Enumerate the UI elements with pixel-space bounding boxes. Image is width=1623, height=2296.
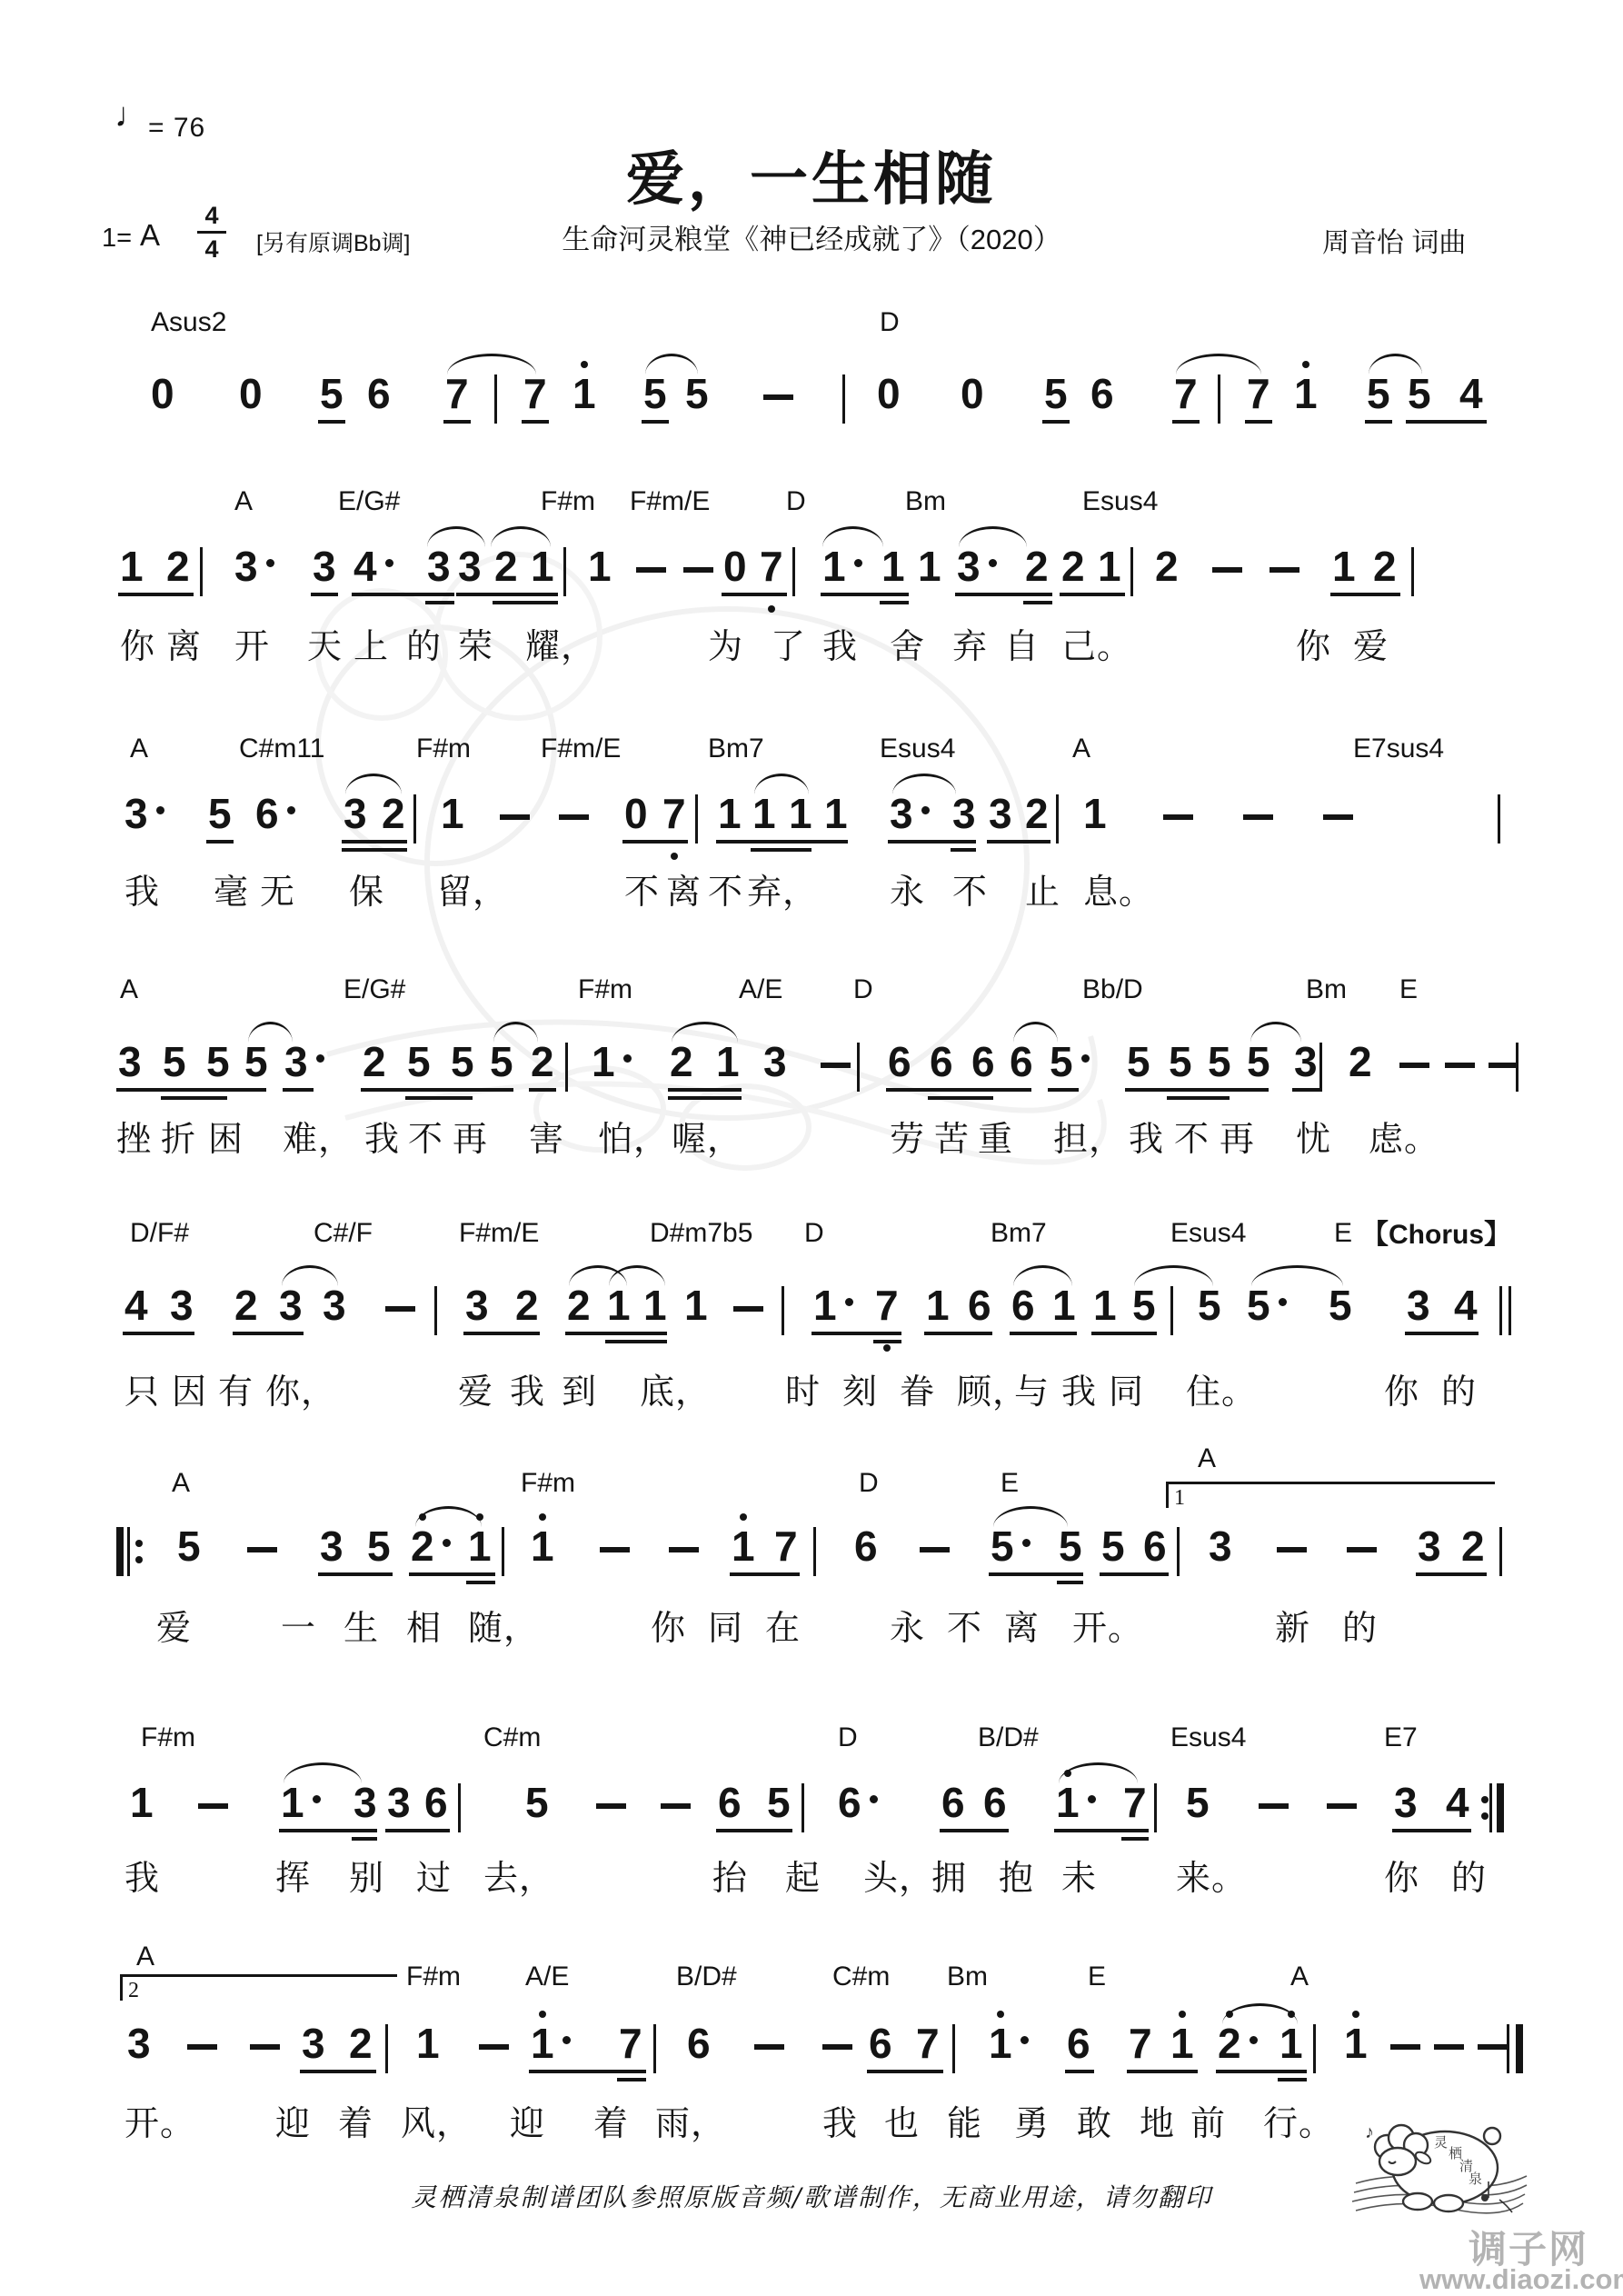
duration-dash [1323, 814, 1353, 820]
repeat-dot [1481, 1796, 1489, 1803]
note-digit: 7 [875, 1284, 899, 1326]
note-digit: 6 [687, 2022, 711, 2064]
note-digit: 6 [854, 1525, 878, 1567]
beam-line [1048, 1088, 1079, 1092]
chord-label: A [136, 1942, 154, 1972]
tie-arc [415, 1506, 482, 1527]
lyric-syllable: 虑。 [1369, 1111, 1439, 1161]
beam-line [751, 848, 811, 852]
note-digit: 7 [1247, 373, 1270, 414]
note-digit: 3 [387, 1782, 411, 1823]
note-digit: 5 [208, 793, 232, 834]
note-digit: 6 [1067, 2022, 1090, 2064]
octave-dot-above [997, 2011, 1004, 2018]
octave-dot-above [1179, 2011, 1186, 2018]
beam-line [1125, 1088, 1269, 1092]
augmentation-dot [623, 1054, 632, 1063]
beam-line [456, 593, 558, 596]
duration-dash [600, 1547, 630, 1552]
beam-line [989, 1572, 1083, 1576]
beam-line [928, 1096, 993, 1100]
note-digit: 2 [1218, 2022, 1258, 2064]
chord-label: Esus4 [1170, 1218, 1246, 1249]
beam-line [1278, 2078, 1307, 2081]
beam-line [425, 601, 454, 604]
chord-label: B/D# [676, 1962, 737, 1992]
tie-arc [1222, 2003, 1298, 2024]
lyric-syllable: 保 [349, 863, 384, 913]
note-digit: 2 [234, 1284, 258, 1326]
chord-label: F#m [406, 1962, 461, 1992]
note-digit: 2 [1025, 793, 1049, 834]
volta-bracket [1166, 1482, 1495, 1508]
lyric-syllable: 因 [172, 1363, 207, 1413]
barline [1499, 1286, 1502, 1335]
lyric-syllable: 重 [978, 1111, 1013, 1161]
lyric-syllable: 去， [483, 1850, 554, 1900]
lyric-syllable: 难， [283, 1111, 353, 1161]
beam-line [951, 848, 976, 852]
chord-label: Bm [1306, 974, 1347, 1005]
repeat-dot [1481, 1812, 1489, 1820]
note-digit: 3 [763, 1041, 787, 1083]
barline [1507, 2024, 1509, 2073]
note-digit: 7 [760, 545, 783, 587]
note-digit: 5 [525, 1782, 549, 1823]
note-digit: 0 [624, 793, 648, 834]
lyric-syllable: 自 [1004, 618, 1040, 668]
duration-dash [1399, 1063, 1429, 1068]
barline [857, 1043, 860, 1092]
augmentation-dot [989, 559, 997, 567]
lyric-syllable: 折 [161, 1111, 196, 1161]
beam-line [1167, 1096, 1230, 1100]
augmentation-dot [921, 806, 930, 814]
chord-label: Bm7 [708, 734, 764, 764]
note-digit: 1 [789, 793, 812, 834]
lyric-syllable: 一 [281, 1600, 316, 1650]
duration-dash [1212, 567, 1242, 573]
note-digit: 5 [1367, 373, 1390, 414]
lyric-syllable: 再 [1220, 1111, 1255, 1161]
barline [413, 794, 416, 844]
lyric-syllable: 着 [593, 2095, 629, 2145]
barline [563, 547, 566, 596]
note-digit: 6 [930, 1041, 953, 1083]
chord-label: F#m/E [630, 486, 710, 517]
note-digit: 4 [1454, 1284, 1478, 1326]
lyric-syllable: 爱 [458, 1363, 493, 1413]
note-digit: 3 [320, 1525, 344, 1567]
note-digit: 0 [239, 373, 263, 414]
barline [127, 1527, 130, 1576]
note-digit: 5 [320, 373, 344, 414]
chord-label: D [853, 974, 873, 1005]
beam-line [940, 1829, 1009, 1832]
lyric-syllable: 迎 [510, 2095, 545, 2145]
note-digit: 7 [774, 1525, 798, 1567]
duration-dash [1270, 567, 1299, 573]
barline [385, 2024, 388, 2073]
svg-text:♪: ♪ [1365, 2122, 1374, 2142]
lyric-syllable: 荣 [458, 618, 493, 668]
site-url: www.diaozi.com [1419, 2263, 1623, 2296]
barline [1154, 1783, 1157, 1832]
beam-line [1023, 601, 1052, 604]
tie-arc [645, 354, 698, 374]
beam-line [622, 840, 688, 844]
note-digit: 2 [670, 1041, 693, 1083]
note-digit: 2 [494, 545, 518, 587]
tie-arc [1250, 1022, 1301, 1043]
lyric-syllable: 到 [562, 1363, 597, 1413]
lyric-syllable: 担， [1053, 1111, 1124, 1161]
beam-line [405, 1096, 473, 1100]
note-digit: 5 [1247, 1284, 1287, 1326]
lyric-syllable: 不 [947, 1600, 982, 1650]
augmentation-dot [870, 1795, 878, 1803]
lyric-syllable: 住。 [1186, 1363, 1257, 1413]
lyric-syllable: 为 [708, 618, 743, 668]
lyric-syllable: 上 [353, 618, 389, 668]
tie-arc [1369, 354, 1422, 374]
beam-line [342, 840, 407, 844]
note-digit: 2 [166, 545, 190, 587]
note-digit: 1 [643, 1284, 667, 1326]
beam-line [1406, 420, 1487, 424]
logo-text-char-1: 灵 [1434, 2135, 1448, 2151]
octave-dot-above [740, 1513, 747, 1521]
note-digit: 4 [353, 545, 393, 587]
note-digit: 3 [957, 545, 997, 587]
note-digit: 1 [1294, 373, 1318, 414]
note-digit: 5 [1050, 1041, 1090, 1083]
beam-line [283, 1088, 314, 1092]
lyric-syllable: 苦 [934, 1111, 970, 1161]
duration-dash [187, 2044, 217, 2050]
duration-dash [822, 2044, 852, 2050]
lyric-syllable: 你 [651, 1600, 686, 1650]
beam-line [1365, 420, 1392, 424]
duration-dash [683, 567, 713, 573]
octave-dot-below [671, 853, 678, 860]
chord-label: Esus4 [880, 734, 955, 764]
note-digit: 1 [468, 1525, 492, 1567]
augmentation-dot [287, 806, 295, 814]
note-digit: 5 [177, 1525, 201, 1567]
lyric-syllable: 怕， [598, 1111, 669, 1161]
tie-arc [282, 1265, 338, 1286]
note-digit: 0 [961, 373, 984, 414]
beam-line [617, 2078, 646, 2081]
note-digit: 0 [151, 373, 174, 414]
note-digit: 1 [531, 545, 554, 587]
lyric-syllable: 来。 [1176, 1850, 1247, 1900]
lyric-syllable: 留， [437, 863, 508, 913]
lyric-syllable: 毫 [214, 863, 249, 913]
lyric-syllable: 有 [218, 1363, 254, 1413]
chord-label: A [1072, 734, 1090, 764]
duration-dash [821, 1063, 851, 1068]
note-digit: 5 [163, 1041, 186, 1083]
note-digit: 1 [718, 793, 742, 834]
lyric-syllable: 风， [401, 2095, 472, 2145]
lyric-syllable: 开。 [1072, 1600, 1143, 1650]
duration-dash [920, 1547, 950, 1552]
lyric-syllable: 拥 [931, 1850, 967, 1900]
chord-label: F#m [578, 974, 632, 1005]
volta-bracket [120, 1974, 397, 2001]
note-digit: 1 [716, 1041, 740, 1083]
song-title: 爱，一生相随 [0, 133, 1623, 216]
chord-label: Bm [947, 1962, 988, 1992]
augmentation-dot [1022, 1539, 1031, 1547]
lyric-syllable: 能 [947, 2095, 982, 2145]
beam-line [873, 1340, 901, 1343]
note-digit: 6 [1143, 1525, 1167, 1567]
note-digit: 4 [1459, 373, 1483, 414]
lyric-syllable: 离 [666, 863, 702, 913]
tie-arc [993, 1506, 1068, 1527]
note-digit: 5 [244, 1041, 268, 1083]
beam-line [1172, 420, 1200, 424]
note-digit: 3 [124, 793, 164, 834]
note-digit: 3 [1209, 1525, 1232, 1567]
chord-label: A [172, 1468, 190, 1499]
beam-line [529, 2070, 646, 2073]
augmentation-dot [443, 1539, 451, 1547]
note-digit: 4 [124, 1284, 148, 1326]
beam-line [1057, 1581, 1083, 1584]
beam-line [888, 840, 976, 844]
lyric-syllable: 挫 [116, 1111, 152, 1161]
beam-line [361, 1088, 513, 1092]
lyric-syllable: 与 [1014, 1363, 1050, 1413]
augmentation-dot [316, 1054, 324, 1063]
chord-label: Asus2 [151, 307, 226, 338]
lyric-syllable: 我 [822, 2095, 858, 2145]
chord-label: E7 [1384, 1722, 1418, 1753]
sheet-music-page: ♩ = 76 爱，一生相随 1= A 4 4 [另有原调Bb调] 生命河灵粮堂《… [0, 0, 1623, 2296]
note-digit: 6 [255, 793, 295, 834]
note-digit: 1 [881, 545, 905, 587]
note-digit: 3 [1407, 1284, 1430, 1326]
chord-label: D#m7b5 [650, 1218, 752, 1249]
lyric-syllable: 开。 [124, 2095, 195, 2145]
lyric-syllable: 弃， [747, 863, 818, 913]
note-digit: 1 [813, 1284, 853, 1326]
barline [842, 374, 845, 424]
note-digit: 5 [1329, 1284, 1352, 1326]
barline [200, 547, 203, 596]
beam-line [1416, 1572, 1487, 1576]
beam-line [668, 1096, 742, 1100]
note-digit: 3 [344, 793, 367, 834]
lyric-syllable: 永 [890, 1600, 925, 1650]
octave-dot-below [883, 1344, 891, 1352]
barline [1498, 794, 1500, 844]
lyric-syllable: 你， [265, 1363, 336, 1413]
tie-arc [609, 1265, 665, 1286]
repeat-dot [135, 1556, 143, 1563]
beam-line [123, 1332, 194, 1335]
chord-label: A [130, 734, 148, 764]
note-digit: 3 [952, 793, 976, 834]
beam-line [716, 840, 848, 844]
duration-dash [385, 1306, 415, 1312]
lyric-syllable: 离 [1004, 1600, 1040, 1650]
beam-line [493, 601, 558, 604]
note-digit: 2 [1061, 545, 1085, 587]
augmentation-dot [1021, 2036, 1029, 2044]
note-digit: 5 [490, 1041, 513, 1083]
lyric-syllable: 爱 [156, 1600, 192, 1650]
note-digit: 1 [607, 1284, 631, 1326]
lyric-syllable: 你 [1384, 1850, 1419, 1900]
barline [1056, 794, 1059, 844]
lyric-syllable: 你 [120, 618, 155, 668]
barline [813, 1527, 816, 1576]
note-digit: 2 [363, 1041, 386, 1083]
note-digit: 5 [451, 1041, 474, 1083]
chord-label: E [1001, 1468, 1019, 1499]
note-digit: 3 [1418, 1525, 1441, 1567]
note-digit: 6 [1090, 373, 1114, 414]
note-digit: 1 [416, 2022, 440, 2064]
beam-line [642, 420, 669, 424]
note-digit: 1 [1052, 1284, 1076, 1326]
tie-arc [1059, 1762, 1138, 1783]
note-digit: 5 [367, 1525, 391, 1567]
duration-dash [1434, 2044, 1464, 2050]
duration-dash [1390, 2044, 1420, 2050]
note-digit: 5 [1059, 1525, 1082, 1567]
note-digit: 1 [120, 545, 144, 587]
note-digit: 3 [302, 2022, 325, 2064]
chord-label: D [880, 307, 900, 338]
lyric-syllable: 我 [822, 618, 858, 668]
chord-label: Bm7 [991, 1218, 1047, 1249]
beam-line [118, 593, 194, 596]
beam-line [522, 420, 549, 424]
barline [653, 2024, 656, 2073]
chord-label: D/F# [130, 1218, 189, 1249]
tie-arc [447, 354, 536, 374]
lyric-syllable: 不 [708, 863, 743, 913]
tempo-note-icon: ♩ [115, 96, 149, 135]
chord-label: F#m [541, 486, 595, 517]
lyric-syllable: 着 [338, 2095, 373, 2145]
beam-line [730, 1572, 800, 1576]
note-digit: 1 [1332, 545, 1356, 587]
duration-dash [596, 1803, 626, 1809]
lyric-syllable: 无 [260, 863, 295, 913]
duration-dash [763, 394, 793, 400]
duration-dash [754, 2044, 784, 2050]
note-digit: 6 [367, 373, 391, 414]
note-digit: 7 [662, 793, 686, 834]
note-digit: 1 [531, 2022, 571, 2064]
note-digit: 3 [427, 545, 451, 587]
beam-line [385, 1829, 450, 1832]
augmentation-dot [845, 1298, 853, 1306]
lyric-syllable: 起 [785, 1850, 821, 1900]
note-digit: 1 [531, 1525, 554, 1567]
lyric-syllable: 的 [1441, 1363, 1477, 1413]
chord-label: A [120, 974, 138, 1005]
note-digit: 7 [619, 2022, 642, 2064]
duration-dash [661, 1803, 691, 1809]
lyric-syllable: 生 [344, 1600, 379, 1650]
note-digit: 2 [1349, 1041, 1372, 1083]
tie-arc [1134, 1265, 1213, 1286]
chord-label: C#m [832, 1962, 890, 1992]
lyric-syllable: 喔， [672, 1111, 742, 1161]
note-digit: 1 [1083, 793, 1107, 834]
beam-line [1042, 420, 1070, 424]
beam-line [1121, 1837, 1149, 1841]
augmentation-dot [266, 559, 274, 567]
barline [1499, 1527, 1502, 1576]
note-digit: 3 [323, 1284, 346, 1326]
beam-line [116, 1088, 266, 1092]
augmentation-dot [1250, 2036, 1258, 2044]
beam-line [668, 1088, 742, 1092]
beam-line [605, 1340, 667, 1343]
chord-label: Bm [905, 486, 946, 517]
beam-line [811, 1332, 901, 1335]
barline [1516, 1043, 1518, 1092]
octave-dot-below [768, 605, 775, 613]
chord-label: F#m [416, 734, 471, 764]
beam-line [1216, 2070, 1307, 2073]
note-digit: 1 [918, 545, 941, 587]
lyric-syllable: 了 [771, 618, 806, 668]
note-digit: 3 [127, 2022, 151, 2064]
repeat-start-bar [116, 1527, 124, 1576]
beam-line [1392, 1829, 1471, 1832]
note-digit: 1 [1170, 2022, 1194, 2064]
chord-label: C#m [483, 1722, 541, 1753]
note-digit: 2 [1461, 1525, 1485, 1567]
beam-line [722, 593, 787, 596]
lyric-syllable: 的 [1342, 1600, 1378, 1650]
note-digit: 2 [411, 1525, 451, 1567]
note-digit: 1 [926, 1284, 950, 1326]
chord-label: F#m [521, 1468, 575, 1499]
barline [502, 1527, 504, 1576]
note-digit: 6 [869, 2022, 892, 2064]
barline [695, 794, 698, 844]
duration-dash [1259, 1803, 1289, 1809]
barline [434, 1286, 437, 1335]
beam-line [311, 593, 338, 596]
augmentation-dot [1081, 1054, 1090, 1063]
note-digit: 2 [1025, 545, 1049, 587]
lyric-syllable: 不 [1174, 1111, 1210, 1161]
note-digit: 5 [1186, 1782, 1210, 1823]
beam-line [352, 1837, 377, 1841]
chord-label: A [1198, 1443, 1216, 1474]
duration-dash [1445, 1063, 1475, 1068]
note-digit: 5 [643, 373, 667, 414]
chord-label: D [804, 1218, 824, 1249]
lyric-syllable: 抱 [999, 1850, 1034, 1900]
lyric-syllable: 头， [863, 1850, 934, 1900]
note-digit: 2 [1373, 545, 1397, 587]
note-digit: 1 [824, 793, 848, 834]
lyric-syllable: 耀， [525, 618, 596, 668]
